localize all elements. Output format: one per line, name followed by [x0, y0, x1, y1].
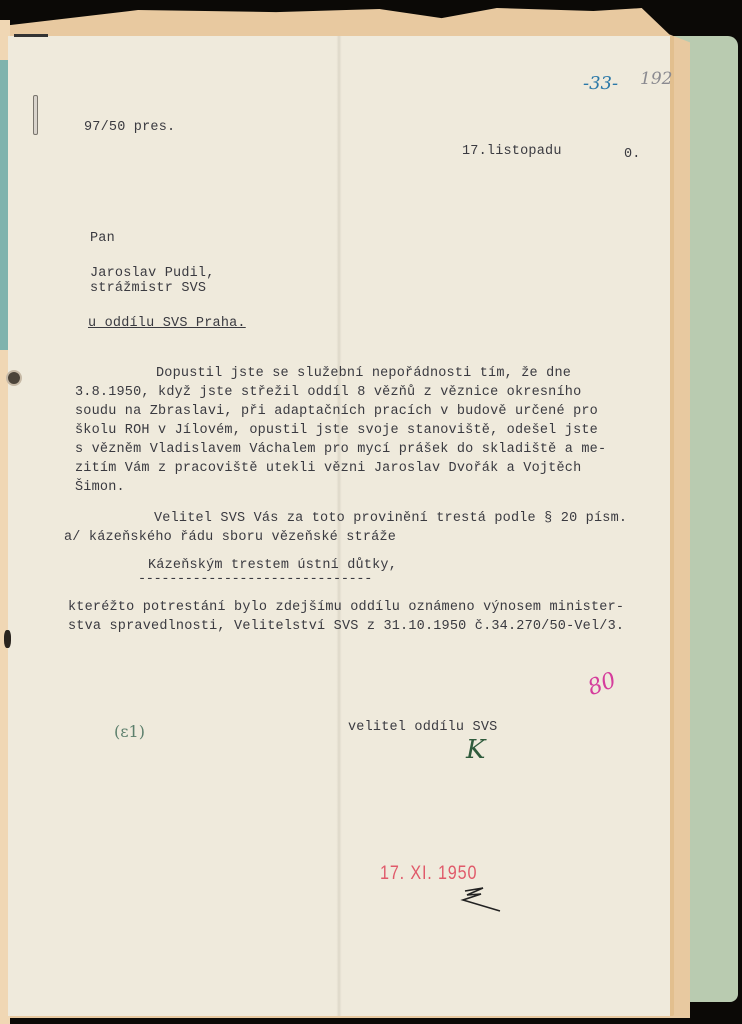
body-line: zitím Vám z pracoviště utekli vězni Jaro…	[75, 459, 581, 479]
body-line: s vězněm Vladislavem Váchalem pro mycí p…	[75, 440, 606, 460]
body-line: kteréžto potrestání bylo zdejšímu oddílu…	[68, 598, 624, 618]
punch-hole-icon	[6, 370, 22, 386]
staple-icon	[33, 95, 38, 135]
body-line: 3.8.1950, když jste střežil oddíl 8 vězň…	[75, 383, 581, 403]
staple-icon	[14, 34, 48, 37]
body-line: a/ kázeňského řádu sboru vězeňské stráže	[64, 528, 396, 548]
reference-number: 97/50 pres.	[84, 118, 175, 138]
signature-initials: K	[466, 735, 485, 765]
salutation: Pan	[90, 229, 115, 249]
body-line: školu ROH v Jílovém, opustil jste svoje …	[75, 421, 598, 441]
body-line: Šimon.	[75, 478, 125, 498]
penalty-underline: ------------------------------	[138, 572, 372, 587]
body-line: stva spravedlnosti, Velitelství SVS z 31…	[68, 617, 624, 637]
date-stamp: 17. XI. 1950	[380, 863, 477, 885]
body-line: Dopustil jste se služební nepořádnosti t…	[156, 364, 571, 384]
folder-tab	[0, 60, 8, 350]
folio-number-grey: 192	[640, 69, 672, 89]
ink-smudge: (ɛ1)	[114, 722, 145, 741]
punch-hole-icon	[4, 630, 11, 648]
document-date: 17.listopadu	[462, 142, 562, 162]
addressee-rank: strážmistr SVS	[90, 279, 206, 299]
folio-number-blue: -33-	[583, 73, 618, 94]
body-line: Velitel SVS Vás za toto provinění trestá…	[154, 509, 627, 529]
document-date-suffix: 0.	[624, 145, 641, 165]
body-line: soudu na Zbraslavi, při adaptačních prac…	[75, 402, 598, 422]
addressee-unit: u oddílu SVS Praha.	[88, 314, 246, 334]
handwritten-mark-icon	[455, 885, 505, 915]
